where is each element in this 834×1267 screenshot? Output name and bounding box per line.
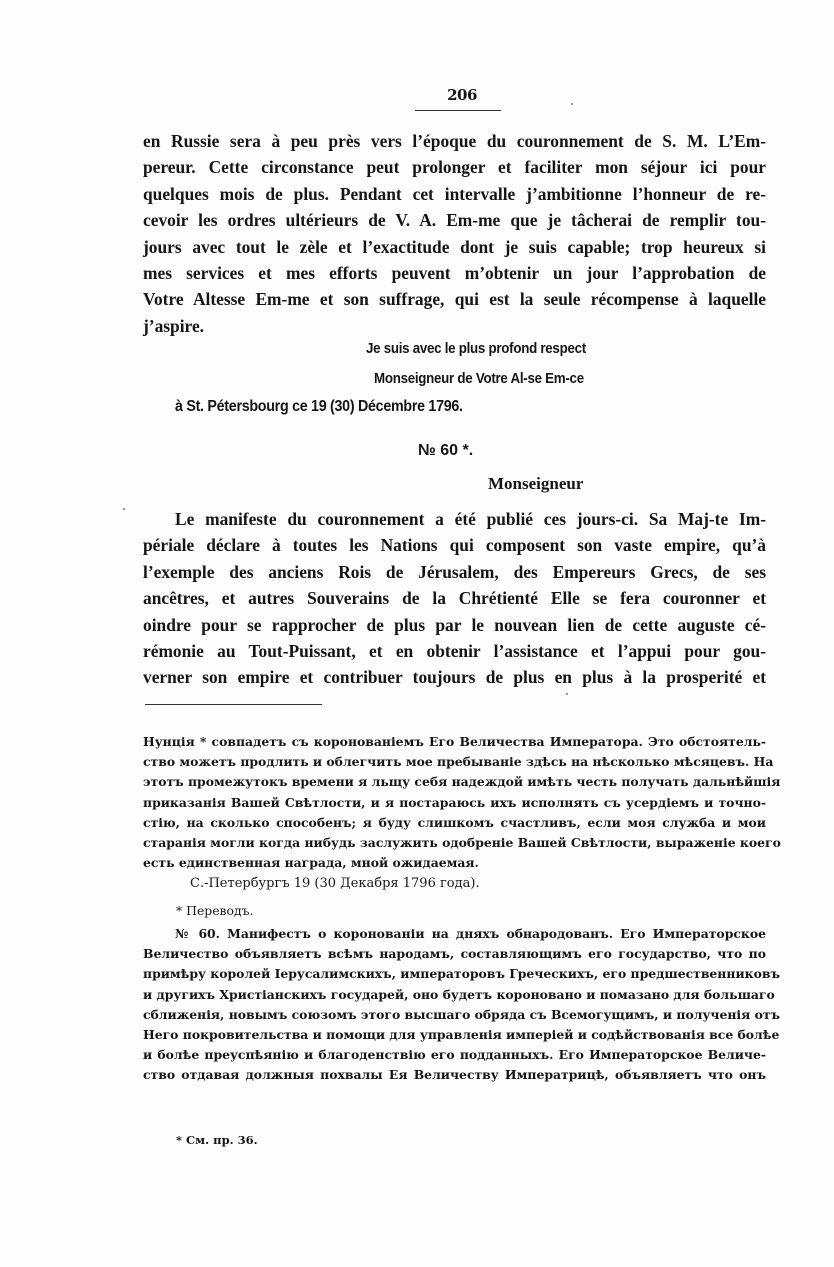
text-line: ancêtres, et autres Souverains de la Chr…	[143, 585, 766, 611]
document-number: № 60 *.	[418, 442, 473, 460]
text-line: pereur. Cette circonstance peut prolonge…	[143, 154, 766, 180]
text-line: mes services et mes efforts peuvent m’ob…	[143, 260, 766, 286]
text-line: № 60. Манифестъ о коронованіи на дняхъ о…	[143, 924, 766, 944]
text-line: ство можетъ продлить и облегчить мое пре…	[143, 752, 766, 772]
text-line: приказанія Вашей Свѣтлости, и я постараю…	[143, 793, 766, 813]
scan-speck	[566, 693, 568, 695]
text-line: verner son empire et contribuer toujours…	[143, 664, 766, 690]
scan-speck	[571, 103, 573, 105]
text-line: l’exemple des anciens Rois de Jérusalem,…	[143, 559, 766, 585]
document-page: 206 en Russie sera à peu près vers l’épo…	[0, 0, 834, 1267]
footnote-rule	[145, 704, 322, 705]
russian-place-date: С.-Петербургъ 19 (30 Декабря 1796 года).	[190, 876, 480, 891]
text-line: ство отдавая должныя похвалы Ея Величест…	[143, 1065, 766, 1085]
text-line: и болѣе преуспѣянію и благоденствію его …	[143, 1045, 766, 1065]
page-number: 206	[417, 86, 507, 104]
text-line: сближенія, новымъ союзомъ этого высшаго …	[143, 1005, 766, 1025]
page-number-rule	[415, 110, 501, 111]
text-line: périale déclare à toutes les Nations qui…	[143, 532, 766, 558]
footnote: * См. пр. 36.	[176, 1133, 258, 1147]
text-line: jours avec tout le zèle et l’exactitude …	[143, 234, 766, 260]
scan-speck	[123, 508, 125, 510]
text-line: j’aspire.	[143, 313, 766, 339]
text-line: Величество объявляетъ всѣмъ народамъ, со…	[143, 944, 766, 964]
text-line: и другихъ Христіанскихъ государей, оно б…	[143, 985, 766, 1005]
text-line: примѣру королей Іерусалимскихъ, императо…	[143, 964, 766, 984]
text-line: Votre Altesse Em-me et son suffrage, qui…	[143, 286, 766, 312]
text-line: Нунція * совпадетъ съ коронованіемъ Его …	[143, 732, 766, 752]
salutation: Monseigneur	[488, 474, 583, 494]
text-line: есть единственная награда, мной ожидаема…	[143, 853, 766, 873]
closing-line-1: Je suis avec le plus profond respect	[366, 341, 586, 357]
text-line: этотъ промежутокъ времени я льщу себя на…	[143, 772, 766, 792]
translation-note: * Переводъ.	[176, 903, 253, 918]
text-line: Le manifeste du couronnement a été publi…	[143, 506, 766, 532]
text-line: quelques mois de plus. Pendant cet inter…	[143, 181, 766, 207]
text-line: старанія могли когда нибудь заслужить од…	[143, 833, 766, 853]
french-paragraph-1: en Russie sera à peu près vers l’époque …	[143, 128, 766, 339]
text-line: cevoir les ordres ultérieurs de V. A. Em…	[143, 207, 766, 233]
text-line: en Russie sera à peu près vers l’époque …	[143, 128, 766, 154]
text-line: стію, на сколько способенъ; я буду слишк…	[143, 813, 766, 833]
text-line: rémonie au Tout-Puissant, et en obtenir …	[143, 638, 766, 664]
text-line: oindre pour se rapprocher de plus par le…	[143, 612, 766, 638]
russian-paragraph-1: Нунція * совпадетъ съ коронованіемъ Его …	[143, 732, 766, 873]
place-date: à St. Pétersbourg ce 19 (30) Décembre 17…	[175, 398, 463, 416]
french-paragraph-2: Le manifeste du couronnement a été publi…	[143, 506, 766, 691]
closing-line-2: Monseigneur de Votre Al-se Em-ce	[374, 371, 584, 387]
text-line: Него покровительства и помощи для управл…	[143, 1025, 766, 1045]
russian-paragraph-2: № 60. Манифестъ о коронованіи на дняхъ о…	[143, 924, 766, 1086]
